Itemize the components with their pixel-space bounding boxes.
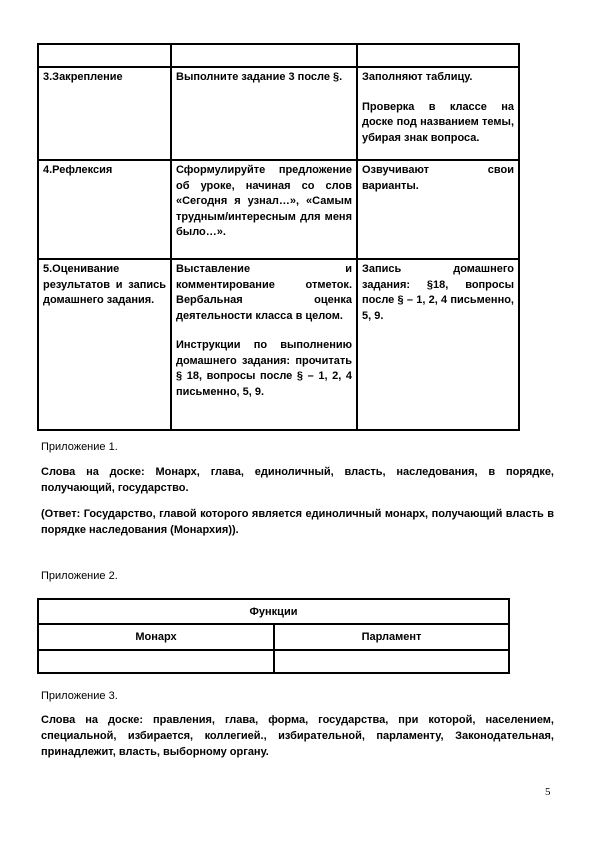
appendix1-title: Приложение 1. [41, 441, 118, 453]
table-row-assessment: 5.Оценивание результатов и запись домашн… [38, 259, 519, 430]
cell-text: Инструкции по выполнению домашнего задан… [176, 338, 352, 400]
lesson-plan-table: 3.Закрепление Выполните задание 3 после … [37, 43, 520, 431]
monarch-header-cell: Монарх [38, 624, 274, 650]
table-row-consolidation: 3.Закрепление Выполните задание 3 после … [38, 67, 519, 160]
cell-text: 5.Оценивание результатов и запись домашн… [43, 262, 166, 309]
page-number: 5 [545, 786, 551, 798]
result-cell [357, 44, 519, 67]
result-cell: Запись домашнего задания: §18, вопросы п… [357, 259, 519, 430]
monarch-value-cell [38, 650, 274, 673]
appendix2-title: Приложение 2. [41, 570, 118, 582]
activity-cell: Сформулируйте предложение об уроке, начи… [171, 160, 357, 259]
cell-text: Выполните задание 3 после §. [176, 70, 352, 86]
table-row-empty [38, 44, 519, 67]
functions-table: Функции Монарх Парламент [37, 598, 510, 674]
parliament-value-cell [274, 650, 509, 673]
appendix3-words-paragraph: Слова на доске: правления, глава, форма,… [41, 712, 554, 760]
cell-text: Выставление и комментирование отметок. В… [176, 262, 352, 324]
appendix3-title: Приложение 3. [41, 690, 118, 702]
cell-text: Сформулируйте предложение об уроке, начи… [176, 163, 352, 241]
cell-text: Заполняют таблицу. [362, 70, 514, 86]
stage-cell: 3.Закрепление [38, 67, 171, 160]
functions-header-cell: Функции [38, 599, 509, 624]
table-row-reflection: 4.Рефлексия Сформулируйте предложение об… [38, 160, 519, 259]
functions-empty-row [38, 650, 509, 673]
result-cell: Озвучивают свои варианты. [357, 160, 519, 259]
stage-cell: 4.Рефлексия [38, 160, 171, 259]
appendix1-words-paragraph: Слова на доске: Монарх, глава, единоличн… [41, 464, 554, 496]
cell-text: Запись домашнего задания: §18, вопросы п… [362, 262, 514, 324]
appendix1-answer-paragraph: (Ответ: Государство, главой которого явл… [41, 506, 554, 538]
stage-cell: 5.Оценивание результатов и запись домашн… [38, 259, 171, 430]
activity-cell [171, 44, 357, 67]
cell-text: 4.Рефлексия [43, 163, 166, 179]
stage-cell [38, 44, 171, 67]
functions-header-row: Функции [38, 599, 509, 624]
parliament-header-cell: Парламент [274, 624, 509, 650]
result-cell: Заполняют таблицу. Проверка в классе на … [357, 67, 519, 160]
document-page: 3.Закрепление Выполните задание 3 после … [0, 0, 595, 842]
cell-text: Озвучивают свои варианты. [362, 163, 514, 194]
activity-cell: Выставление и комментирование отметок. В… [171, 259, 357, 430]
activity-cell: Выполните задание 3 после §. [171, 67, 357, 160]
cell-text: Проверка в классе на доске под названием… [362, 100, 514, 147]
functions-columns-row: Монарх Парламент [38, 624, 509, 650]
cell-text: 3.Закрепление [43, 70, 166, 86]
